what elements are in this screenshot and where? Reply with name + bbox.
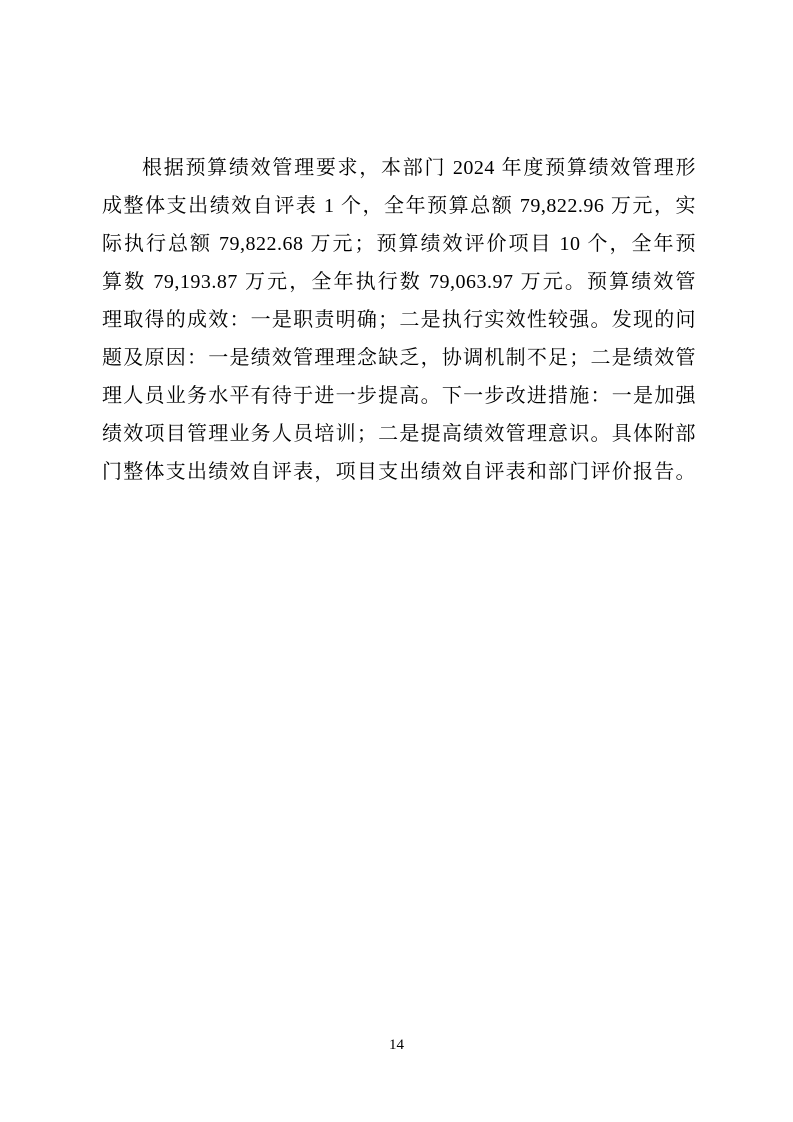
paragraph-line: 绩效项目管理业务人员培训；二是提高绩效管理意识。具体附部 [102,415,696,453]
paragraph-line: 理人员业务水平有待于进一步提高。下一步改进措施：一是加强 [102,377,696,415]
document-page: 根据预算绩效管理要求，本部门 2024 年度预算绩效管理形 成整体支出绩效自评表… [0,0,793,1122]
page-number: 14 [0,1037,793,1054]
paragraph-line: 根据预算绩效管理要求，本部门 2024 年度预算绩效管理形 [102,149,696,187]
paragraph-line: 成整体支出绩效自评表 1 个，全年预算总额 79,822.96 万元，实 [102,187,696,225]
paragraph-line: 门整体支出绩效自评表，项目支出绩效自评表和部门评价报告。 [102,453,696,491]
paragraph-line: 题及原因：一是绩效管理理念缺乏，协调机制不足；二是绩效管 [102,339,696,377]
paragraph-line: 算数 79,193.87 万元，全年执行数 79,063.97 万元。预算绩效管 [102,263,696,301]
body-paragraph: 根据预算绩效管理要求，本部门 2024 年度预算绩效管理形 成整体支出绩效自评表… [102,149,696,491]
paragraph-line: 理取得的成效：一是职责明确；二是执行实效性较强。发现的问 [102,301,696,339]
paragraph-line: 际执行总额 79,822.68 万元；预算绩效评价项目 10 个，全年预 [102,225,696,263]
